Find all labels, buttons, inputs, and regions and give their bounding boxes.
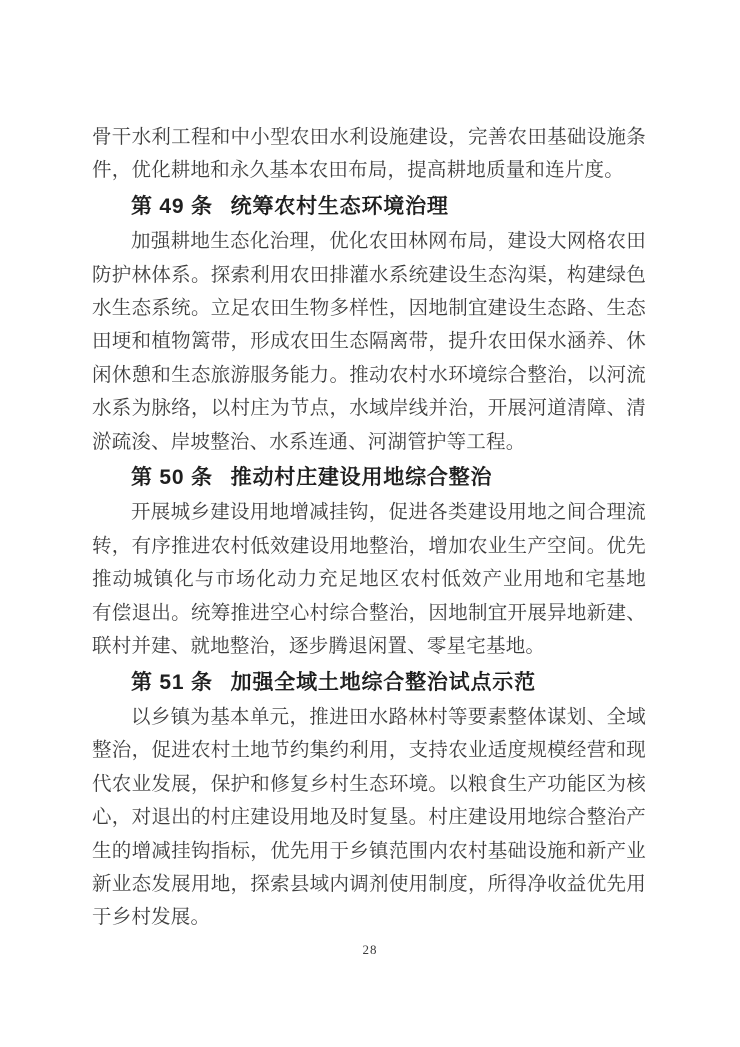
article-50-number: 第 50 条 [131, 466, 213, 489]
paragraph-line: 开展城乡建设用地增减挂钩，促进各类建设用地之间合理流 [92, 496, 646, 529]
article-51-title: 加强全域土地综合整治试点示范 [231, 671, 536, 694]
paragraph-line: 联村并建、就地整治，逐步腾退闲置、零星宅基地。 [92, 630, 646, 663]
article-49-number: 第 49 条 [131, 195, 213, 218]
paragraph-line: 水系为脉络，以村庄为节点，水域岸线并治，开展河道清障、清 [92, 392, 646, 425]
article-49-title: 统筹农村生态环境治理 [231, 195, 449, 218]
paragraph-line: 整治，促进农村土地节约集约利用，支持农业适度规模经营和现 [92, 734, 646, 767]
paragraph-line: 田埂和植物篱带，形成农田生态隔离带，提升农田保水涵养、休 [92, 325, 646, 358]
article-51-heading: 第 51 条加强全域土地综合整治试点示范 [92, 666, 646, 699]
paragraph-line: 防护林体系。探索利用农田排灌水系统建设生态沟渠，构建绿色 [92, 259, 646, 292]
paragraph-line: 生的增减挂钩指标，优先用于乡镇范围内农村基础设施和新产业 [92, 835, 646, 868]
article-49-heading: 第 49 条统筹农村生态环境治理 [92, 190, 646, 223]
paragraph-line: 淤疏浚、岸坡整治、水系连通、河湖管护等工程。 [92, 426, 646, 459]
document-page: 骨干水利工程和中小型农田水利设施建设，完善农田基础设施条 件，优化耕地和永久基本… [0, 0, 740, 1047]
paragraph-line: 闲休憩和生态旅游服务能力。推动农村水环境综合整治，以河流 [92, 359, 646, 392]
paragraph-line: 水生态系统。立足农田生物多样性，因地制宜建设生态路、生态 [92, 292, 646, 325]
document-content: 骨干水利工程和中小型农田水利设施建设，完善农田基础设施条 件，优化耕地和永久基本… [92, 121, 646, 935]
paragraph-line: 代农业发展，保护和修复乡村生态环境。以粮食生产功能区为核 [92, 768, 646, 801]
paragraph-line: 于乡村发展。 [92, 901, 646, 934]
article-50-heading: 第 50 条推动村庄建设用地综合整治 [92, 461, 646, 494]
paragraph-line: 骨干水利工程和中小型农田水利设施建设，完善农田基础设施条 [92, 121, 646, 154]
article-50-title: 推动村庄建设用地综合整治 [231, 466, 493, 489]
paragraph-line: 有偿退出。统筹推进空心村综合整治，因地制宜开展异地新建、 [92, 597, 646, 630]
paragraph-line: 以乡镇为基本单元，推进田水路林村等要素整体谋划、全域 [92, 701, 646, 734]
page-number: 28 [363, 942, 378, 957]
paragraph-line: 转，有序推进农村低效建设用地整治，增加农业生产空间。优先 [92, 530, 646, 563]
paragraph-line: 新业态发展用地，探索县域内调剂使用制度，所得净收益优先用 [92, 868, 646, 901]
page-footer: 28 [0, 941, 740, 959]
article-51-number: 第 51 条 [131, 671, 213, 694]
paragraph-line: 件，优化耕地和永久基本农田布局，提高耕地质量和连片度。 [92, 154, 646, 187]
paragraph-line: 心，对退出的村庄建设用地及时复垦。村庄建设用地综合整治产 [92, 801, 646, 834]
paragraph-line: 加强耕地生态化治理，优化农田林网布局，建设大网格农田 [92, 225, 646, 258]
paragraph-line: 推动城镇化与市场化动力充足地区农村低效产业用地和宅基地 [92, 563, 646, 596]
